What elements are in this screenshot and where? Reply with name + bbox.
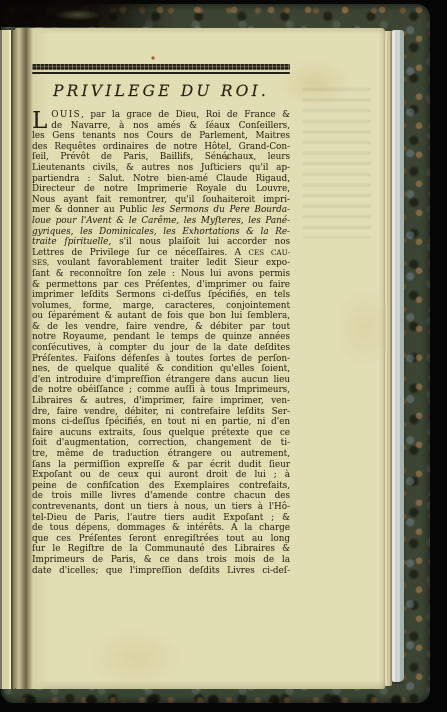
text-segment: ſur le Regiſtre de la Communauté des Lib… xyxy=(32,544,290,554)
text-line: traite ſpirituelle, s'il nous plaiſoit l… xyxy=(32,237,290,248)
text-segment: ſans la permiſſion expreſſe & par écrit … xyxy=(32,460,290,470)
book-page: PRIVILEGE DU ROI. L OUIS, par la grace d… xyxy=(15,28,385,689)
ornament-rule xyxy=(32,64,290,70)
text-segment: Lettres de Privilege ſur ce néceſſaires.… xyxy=(32,248,248,258)
text-line: date d'icelles; que l'impreſſion deſdits… xyxy=(32,566,290,577)
text-line: partiendra : Salut. Notre bien-amé Claud… xyxy=(32,174,290,185)
text-segment: loue pour l'Avent & le Carême, les Myſte… xyxy=(32,216,290,226)
text-segment: CES CAU- xyxy=(248,248,290,257)
text-segment: , s'il nous plaiſoit lui accorder nos xyxy=(108,237,290,247)
text-segment: partiendra : Salut. Notre bien-amé Claud… xyxy=(32,174,290,184)
text-segment: peine de confiſcation des Exemplaires co… xyxy=(32,481,290,491)
text-line: Expoſant ou de ceux qui auront droit de … xyxy=(32,470,290,481)
text-segment: faire aucuns extraits, ſous quelque prét… xyxy=(32,428,290,438)
text-segment: des Requêtes ordinaires de notre Hôtel, … xyxy=(32,142,290,152)
text-line: Lieutenants civils, & autres nos Juſtici… xyxy=(32,163,290,174)
text-segment: que ces Préſentes ſeront enregiſtrées to… xyxy=(32,534,290,544)
text-line: OUIS, par la grace de Dieu, Roi de Franc… xyxy=(32,110,290,121)
text-segment: SES, xyxy=(32,258,49,267)
text-line: de trois mille livres d'amende contre ch… xyxy=(32,491,290,502)
text-segment: voulant favorablement traiter ledit Sieu… xyxy=(49,258,290,268)
text-line: d'en introduire d'impreſſion étrangere d… xyxy=(32,375,290,386)
text-segment: de Navarre, à nos amés & ſéaux Conſeille… xyxy=(51,121,290,131)
text-segment: contrevenants, dont un tiers à nous, un … xyxy=(32,502,290,512)
text-line: ſeil, Prévôt de Paris, Baillifs, Sénécha… xyxy=(32,152,290,163)
text-line: de Navarre, à nos amés & ſéaux Conſeille… xyxy=(32,121,290,132)
text-segment: OUIS xyxy=(51,110,81,120)
text-line: mons ci-deſſus ſpécifiés, en tout ni en … xyxy=(32,417,290,428)
text-line: Nous ayant fait remontrer, qu'il ſouhait… xyxy=(32,195,290,206)
text-segment: tre, même de traduction étrangere ou aut… xyxy=(32,449,290,459)
verso-show-through xyxy=(303,88,371,238)
text-line: faire aucuns extraits, ſous quelque prét… xyxy=(32,428,290,439)
text-line: Libraires & autres, d'imprimer, faire im… xyxy=(32,396,290,407)
text-segment: Nous ayant fait remontrer, qu'il ſouhait… xyxy=(32,195,290,205)
text-segment: les Sermons du Pere Bourda- xyxy=(152,205,290,215)
text-segment: traite ſpirituelle xyxy=(32,237,108,247)
text-segment: Expoſant ou de ceux qui auront droit de … xyxy=(32,470,290,480)
text-line: & de les vendre, faire vendre, & débiter… xyxy=(32,322,290,333)
text-segment: Libraires & autres, d'imprimer, faire im… xyxy=(32,396,290,406)
text-segment: les Gens tenants nos Cours de Parlement,… xyxy=(32,131,290,141)
text-segment: Directeur de notre Imprimerie Royale du … xyxy=(32,184,290,194)
spine-leather-cap xyxy=(0,0,175,27)
text-segment: tel-Dieu de Paris, l'autre tiers audit E… xyxy=(32,513,290,523)
text-segment: gyriques, les Dominicales, les Exhortati… xyxy=(32,227,290,237)
text-line: mer & donner au Public les Sermons du Pe… xyxy=(32,205,290,216)
text-segment: imprimer leſdits Sermons ci-deſſus ſpéci… xyxy=(32,290,290,300)
page-content: PRIVILEGE DU ROI. L OUIS, par la grace d… xyxy=(32,64,290,576)
text-line: SES, voulant favorablement traiter ledit… xyxy=(32,258,290,269)
text-segment: ſeil, Prévôt de Paris, Baillifs, Sénécha… xyxy=(32,152,290,162)
text-line: les Gens tenants nos Cours de Parlement,… xyxy=(32,131,290,142)
text-line: imprimer leſdits Sermons ci-deſſus ſpéci… xyxy=(32,290,290,301)
text-line: dre, faire vendre, débiter, ni contrefai… xyxy=(32,407,290,418)
text-line: Imprimeurs de Paris, & ce dans trois moi… xyxy=(32,555,290,566)
text-line: & permettons par ces Préſentes, d'imprim… xyxy=(32,280,290,291)
text-line: conſécutives, à compter du jour de la da… xyxy=(32,343,290,354)
text-line: gyriques, les Dominicales, les Exhortati… xyxy=(32,227,290,238)
privilege-heading: PRIVILEGE DU ROI. xyxy=(32,82,290,100)
text-segment: de tous dépens, dommages & intérêts. A l… xyxy=(32,523,290,533)
text-segment: & permettons par ces Préſentes, d'imprim… xyxy=(32,280,290,290)
text-line: Préſentes. Faiſons défenſes à toutes ſor… xyxy=(32,354,290,365)
ornament-thin-rule xyxy=(32,72,290,74)
text-segment: ou ſéparément & autant de fois que bon l… xyxy=(32,311,290,321)
text-segment: Imprimeurs de Paris, & ce dans trois moi… xyxy=(32,555,290,565)
text-segment: date d'icelles; que l'impreſſion deſdits… xyxy=(32,566,290,576)
text-segment: mons ci-deſſus ſpécifiés, en tout ni en … xyxy=(32,417,290,427)
text-segment: nes, de quelque qualité & condition qu'e… xyxy=(32,364,290,374)
text-line: ſoit d'augmentation, correction, changem… xyxy=(32,438,290,449)
text-line: peine de confiſcation des Exemplaires co… xyxy=(32,481,290,492)
text-segment: d'en introduire d'impreſſion étrangere d… xyxy=(32,375,290,385)
text-segment: Préſentes. Faiſons défenſes à toutes ſor… xyxy=(32,354,290,364)
text-line: ſans la permiſſion expreſſe & par écrit … xyxy=(32,460,290,471)
text-line: de notre obéiſſance ; comme auſſi à tous… xyxy=(32,385,290,396)
text-line: nes, de quelque qualité & condition qu'e… xyxy=(32,364,290,375)
text-segment: de trois mille livres d'amende contre ch… xyxy=(32,491,290,501)
text-line: Directeur de notre Imprimerie Royale du … xyxy=(32,184,290,195)
text-segment: mer & donner au Public xyxy=(32,205,152,215)
text-line: loue pour l'Avent & le Carême, les Myſte… xyxy=(32,216,290,227)
text-segment: Lieutenants civils, & autres nos Juſtici… xyxy=(32,163,290,173)
text-line: tre, même de traduction étrangere ou aut… xyxy=(32,449,290,460)
text-line: que ces Préſentes ſeront enregiſtrées to… xyxy=(32,534,290,545)
text-segment: notre Royaume, pendant le temps de quinz… xyxy=(32,332,290,342)
text-segment: volumes, forme, marge, caracteres, conjo… xyxy=(32,301,290,311)
text-line: contrevenants, dont un tiers à nous, un … xyxy=(32,502,290,513)
text-segment: conſécutives, à compter du jour de la da… xyxy=(32,343,290,353)
privilege-text: L OUIS, par la grace de Dieu, Roi de Fra… xyxy=(32,110,290,576)
text-segment: de notre obéiſſance ; comme auſſi à tous… xyxy=(32,385,290,395)
text-segment: dre, faire vendre, débiter, ni contrefai… xyxy=(32,407,290,417)
text-segment: ſoit d'augmentation, correction, changem… xyxy=(32,438,290,448)
drop-cap: L xyxy=(32,110,51,131)
text-line: Lettres de Privilege ſur ce néceſſaires.… xyxy=(32,248,290,259)
gutter-page-sliver xyxy=(0,30,15,689)
text-segment: , par la grace de Dieu, Roi de France & xyxy=(81,110,290,120)
text-line: ſur le Regiſtre de la Communauté des Lib… xyxy=(32,544,290,555)
text-line: ou ſéparément & autant de fois que bon l… xyxy=(32,311,290,322)
text-segment: ſant & reconnoître ſon zele : Nous lui a… xyxy=(32,269,290,279)
text-line: notre Royaume, pendant le temps de quinz… xyxy=(32,332,290,343)
endpaper-edge xyxy=(392,30,404,682)
book-page-photo: PRIVILEGE DU ROI. L OUIS, par la grace d… xyxy=(0,0,447,712)
text-line: ſant & reconnoître ſon zele : Nous lui a… xyxy=(32,269,290,280)
text-line: de tous dépens, dommages & intérêts. A l… xyxy=(32,523,290,534)
text-line: des Requêtes ordinaires de notre Hôtel, … xyxy=(32,142,290,153)
text-line: volumes, forme, marge, caracteres, conjo… xyxy=(32,301,290,312)
text-segment: & de les vendre, faire vendre, & débiter… xyxy=(32,322,290,332)
text-line: tel-Dieu de Paris, l'autre tiers audit E… xyxy=(32,513,290,524)
